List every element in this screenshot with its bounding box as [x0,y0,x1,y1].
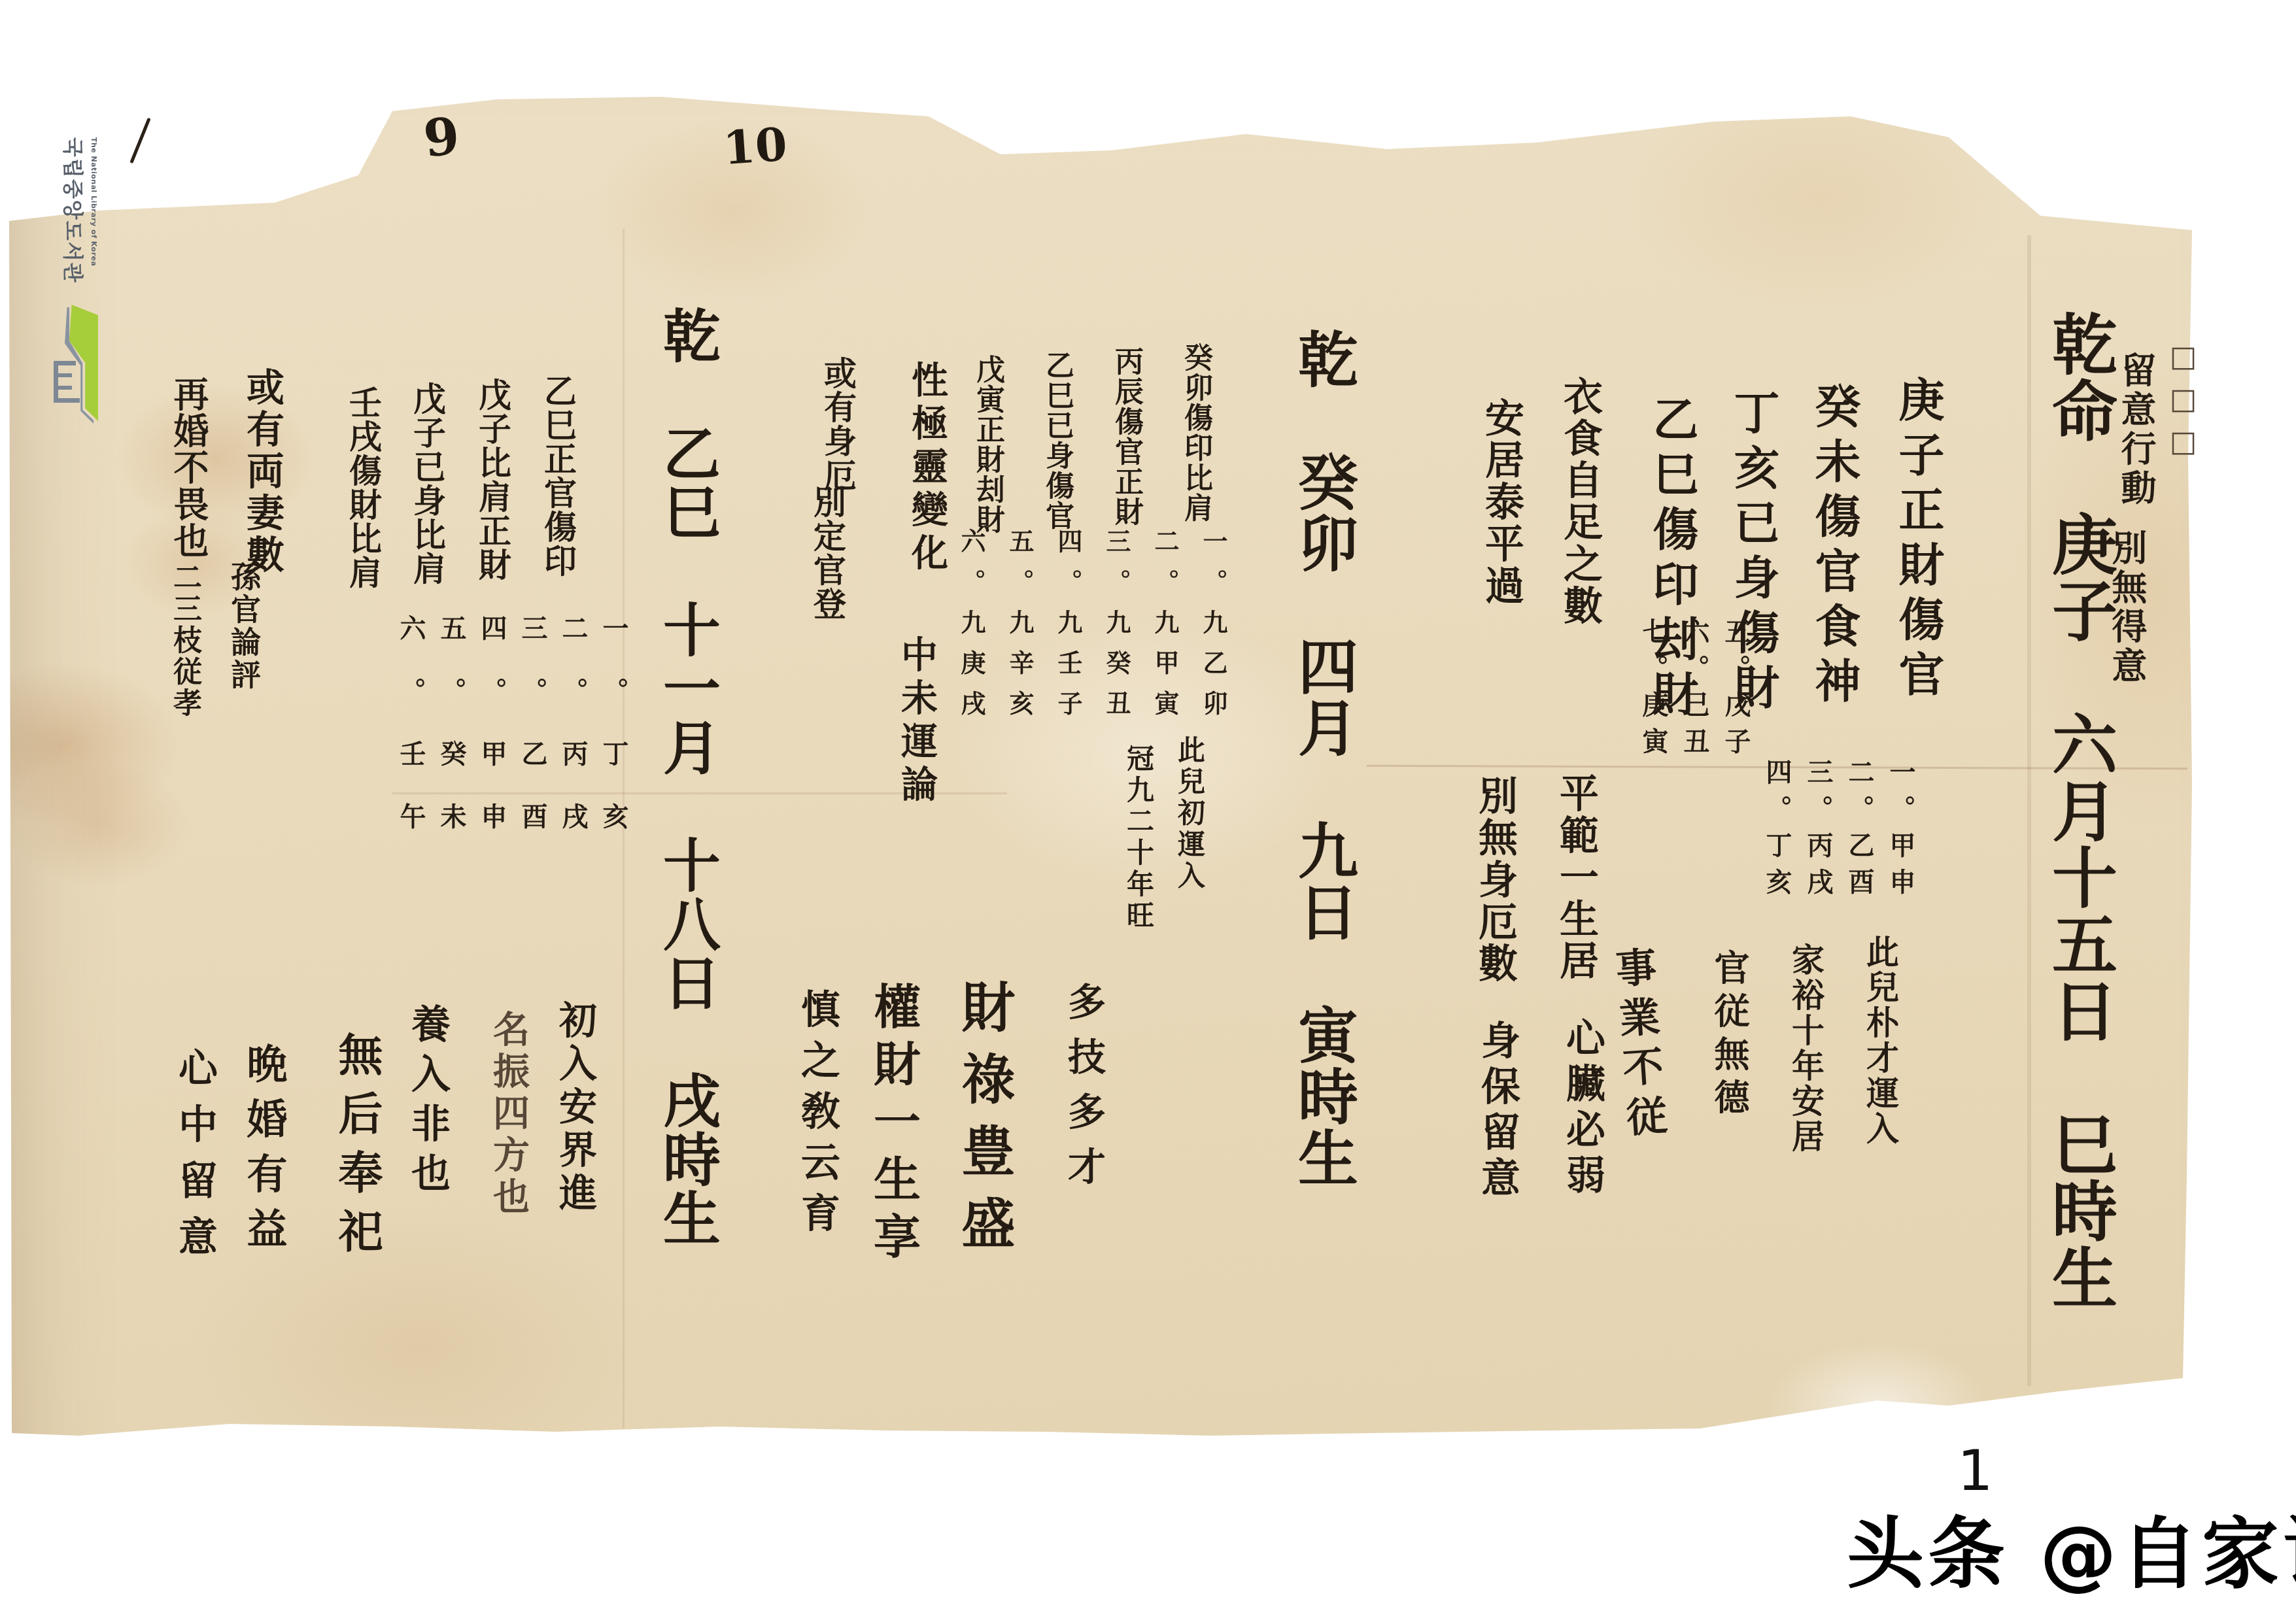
p11-luck-1: 一。甲申 [1887,758,1913,905]
p9-annot-nature: 性極靈變化 [909,361,946,577]
p11-title: 乾命 庚子 六月十五日 巳時生 [2047,311,2112,1311]
nlk-book-icon [54,361,80,403]
hand-number-9: 9 [420,106,462,169]
p9-pillar-2: 戊子比肩正財 [476,378,509,582]
nlk-korean-name: 국립중앙도서관 [60,137,90,301]
p9-luck-3: 三。乙酉 [519,615,545,866]
hand-mark-slash [129,118,150,163]
p10-pillar-2: 丙辰傷官正財 [1112,346,1140,527]
p11-comment-4: 事業不従 [1611,945,1665,1147]
mid-col-food: 衣食自足之數 [1560,376,1600,627]
p11-luck-2: 二。乙酉 [1846,758,1872,905]
mid-col-no-harm: 別無身厄數 [1475,775,1515,985]
p9-comment-4: 權財一生享 [870,982,917,1270]
nlk-english-name: The National Library of Korea [90,137,98,301]
p11-luck-4: 四。丁亥 [1764,758,1790,905]
left-col-sonkwan: 孫官論評 [229,561,259,692]
p10-comment-4: 財祿豊盛 [957,979,1011,1267]
left-col-branches: 二三枝従孝 [170,562,199,719]
toutiao-watermark: 头条 @自家讲谭 [1847,1492,2296,1603]
p10-comment-2: 冠九二十年旺 [1125,744,1152,932]
p9-title: 乾 乙巳 十一月 十八日 戌時生 [659,306,717,1247]
p11-pillar-2: 癸未傷官食神 [1811,382,1857,712]
p9-annot-office: 別定官登 [811,485,844,621]
p11-pillar-1: 庚子正財傷官 [1895,376,1941,705]
p9-luck-4: 四。甲申 [479,615,505,866]
mid-col-steady: 平範一生居 [1556,773,1596,982]
mid-col-heart: 心臟必弱 [1563,1017,1602,1200]
p11-comment-3: 官従無德 [1712,949,1747,1122]
p10-luck-4: 四。九壬子 [1055,528,1080,731]
p9-comment-3: 養入非也 [408,1004,447,1202]
p10-luck-2: 二。九甲寅 [1152,528,1177,731]
p9-pillar-4: 壬戌傷財比肩 [347,386,379,590]
p10-luck-6: 六。九庚戌 [959,528,984,731]
nlk-logo-text: The National Library of Korea 국립중앙도서관 [60,137,98,301]
p10-luck-5: 五。九辛亥 [1007,528,1032,731]
left-col-wives: 或有両妻數 [243,367,281,577]
p11-edge-fragment: □□□ [2168,340,2197,467]
p9-comment-1: 初入安界進 [556,1000,594,1216]
p11-luck-6: 六。己丑 [1681,618,1707,764]
p11-luck-3: 三。丙戌 [1805,758,1831,905]
mid-col-peace: 安居泰平過 [1482,397,1521,607]
p9-comment-5: 慎之敎云育 [798,988,837,1243]
p9-luck-2: 二。丙戌 [560,615,586,866]
p11-comment-1: 此兒朴才運入 [1864,935,1896,1147]
p9-luck-1: 一。丁亥 [600,615,626,866]
p11-luck-5: 五。戊子 [1722,618,1749,764]
p9-comment-2: 名振四方也 [490,1010,527,1219]
p10-title: 乾 癸卯 四月 九日 寅時生 [1294,328,1354,1189]
left-col-mind: 心中留意 [175,1047,214,1272]
p9-pillar-3: 戊子已身比肩 [411,382,443,586]
p9-pillar-1: 乙巳正官傷印 [541,374,574,578]
p10-comment-1: 此兒初運入 [1176,735,1203,892]
p10-luck-3: 三。九癸丑 [1104,528,1129,731]
p11-luck-7: 七。庚寅 [1640,618,1666,764]
left-col-no-heir: 無后奉祀 [335,1032,379,1267]
p9-luck-6: 六。壬午 [398,615,424,866]
p11-annot-conduct: 留意行動 [2119,352,2154,509]
hand-number-10: 10 [721,117,789,176]
p9-luck-5: 五。癸未 [438,615,464,866]
p11-comment-2: 家裕十年安居 [1789,943,1822,1155]
p10-pillar-4: 戊寅正財刦財 [973,354,1002,535]
left-col-late-marriage: 晩婚有益 [243,1043,284,1262]
p9-annot-danger: 或有身厄 [821,356,854,492]
p10-pillar-1: 癸卯傷印比肩 [1181,343,1210,523]
left-col-remarry: 再婚不畏也 [171,376,207,559]
p9-annot-luck: 中未運論 [899,635,935,808]
p10-pillar-3: 乙巳已身傷官 [1042,350,1071,531]
p10-luck-1: 一。九乙卯 [1201,528,1225,731]
mid-col-body: 身保留意 [1478,1020,1517,1203]
p10-comment-3: 多技多才 [1065,982,1103,1202]
scan-page: The National Library of Korea 국립중앙도서관 9 … [0,0,2296,1622]
